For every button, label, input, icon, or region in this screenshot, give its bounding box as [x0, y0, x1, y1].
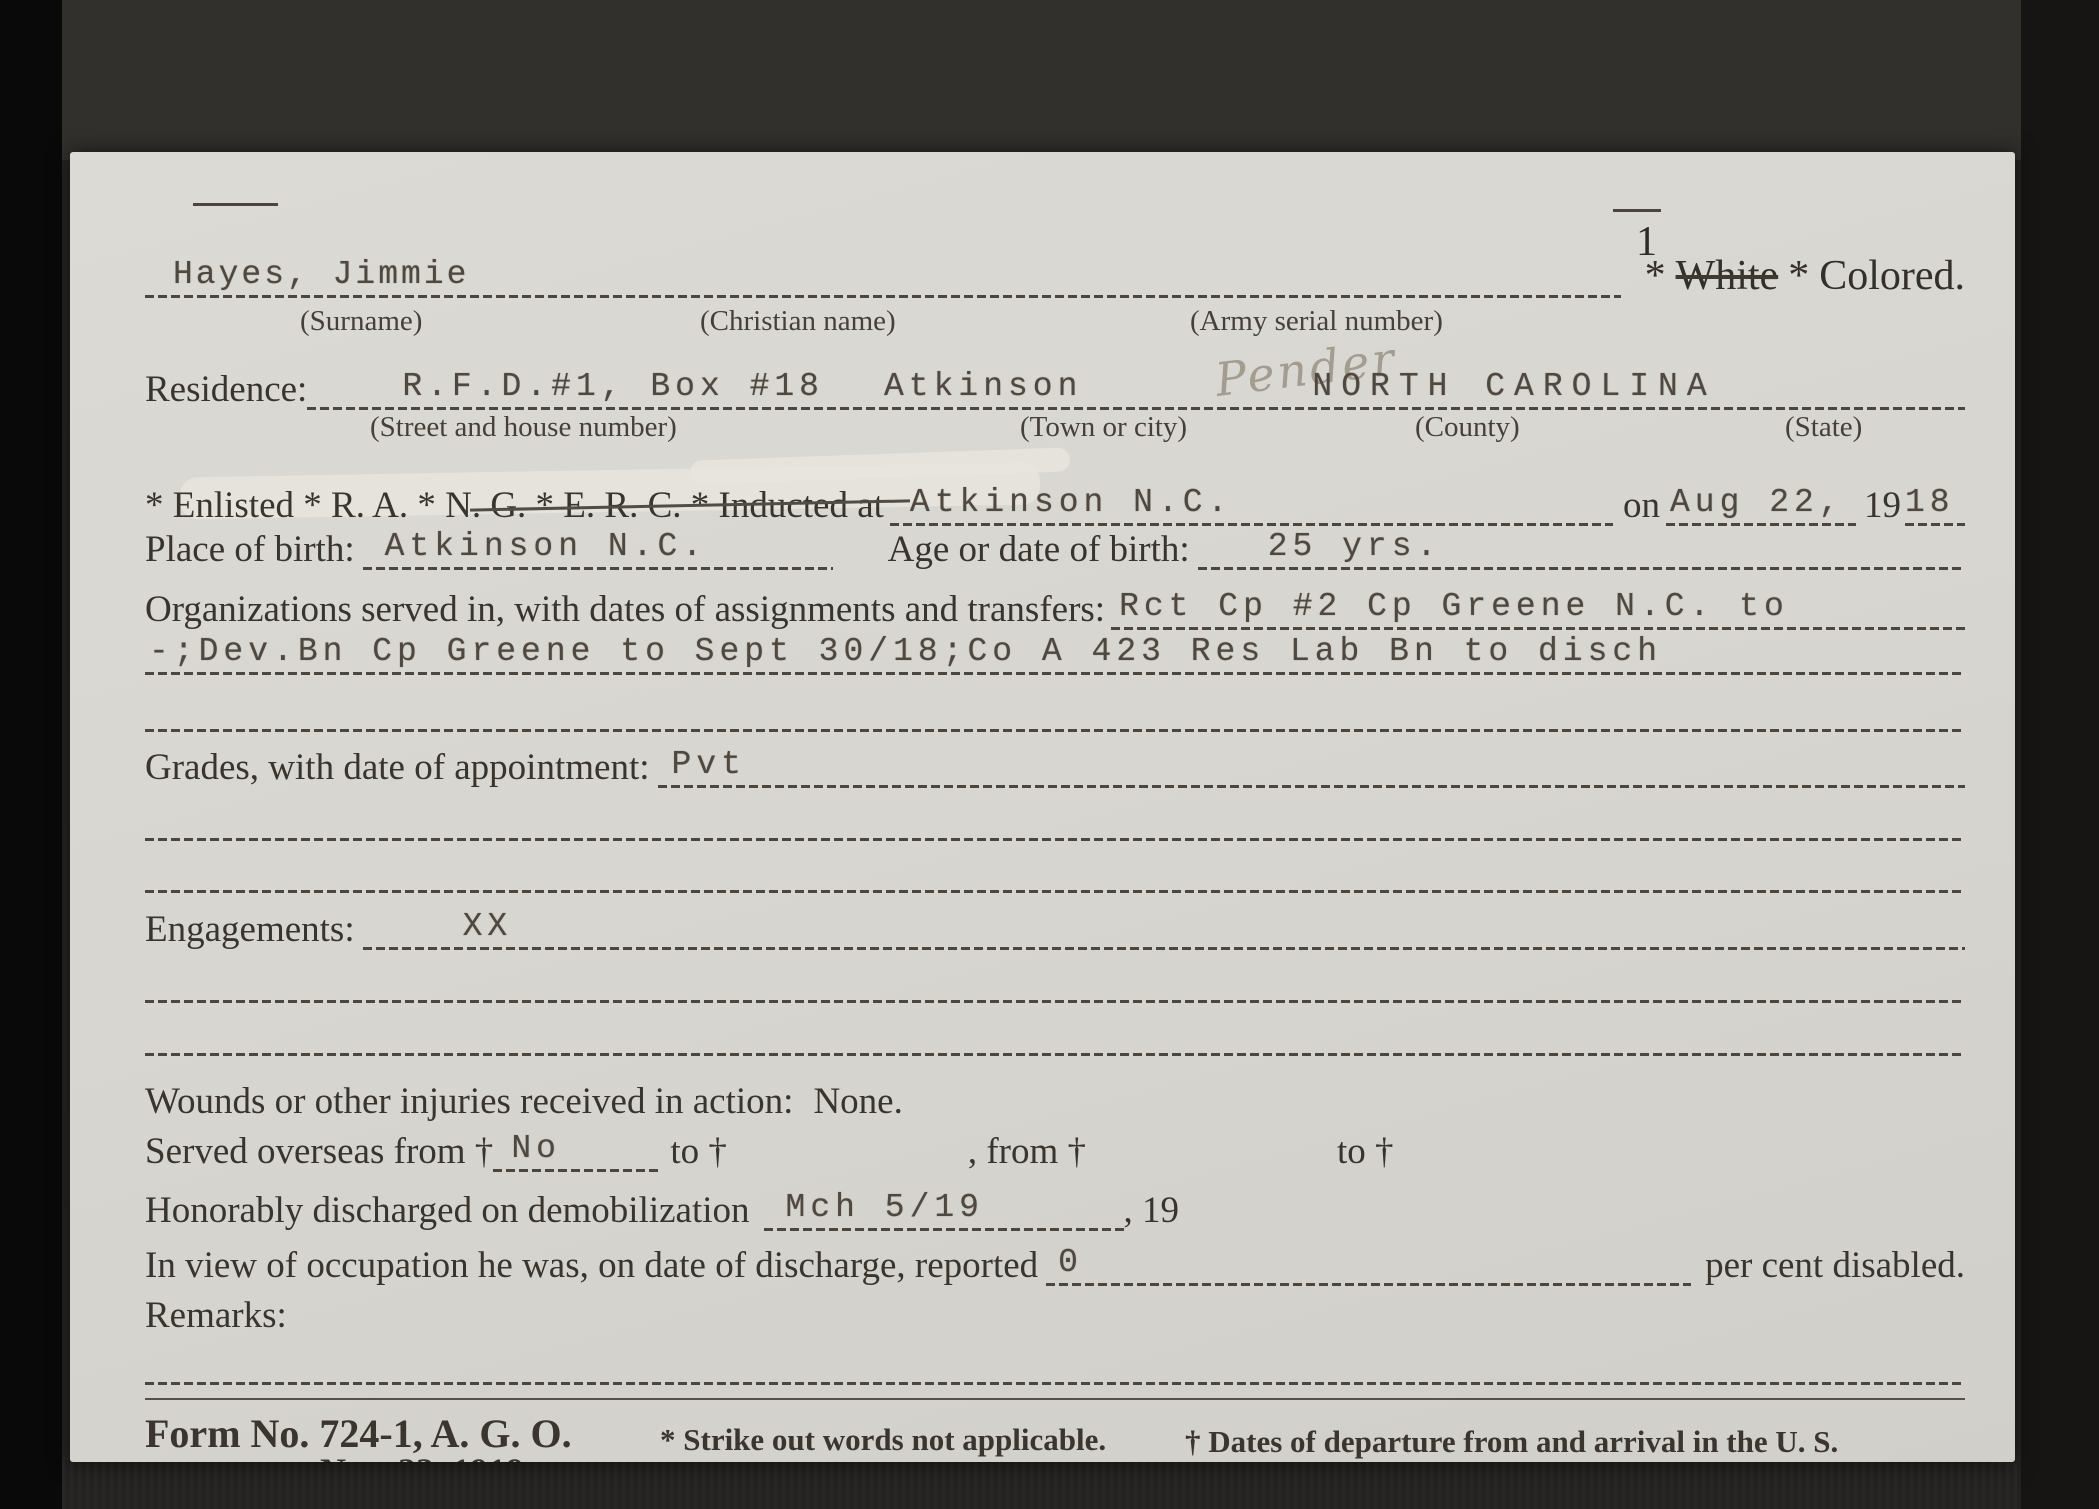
- surname-label: (Surname): [300, 305, 422, 338]
- race-star-2: *: [1788, 253, 1809, 299]
- grades-row: Grades, with date of appointment: Pvt: [145, 750, 1965, 788]
- street-label: (Street and house number): [370, 411, 677, 444]
- overseas-from1-value: No: [511, 1130, 561, 1167]
- wounds-value: None.: [813, 1083, 902, 1122]
- organizations-row-1: Organizations served in, with dates of a…: [145, 590, 1965, 630]
- place-of-birth-value: Atkinson N.C.: [385, 528, 707, 565]
- wounds-row: Wounds or other injuries received in act…: [145, 1084, 1965, 1122]
- residence-street-value: R.F.D.#1, Box #18: [402, 368, 824, 405]
- name-labels-row: (Surname) (Christian name) (Army serial …: [145, 308, 1965, 338]
- engagements-rule: XX: [363, 908, 1965, 950]
- organizations-label: Organizations served in, with dates of a…: [145, 591, 1105, 630]
- year-printed-prefix: 19: [1864, 487, 1901, 526]
- inducted-date-rule: Aug 22,: [1666, 484, 1856, 526]
- blank-rule: [145, 1053, 1965, 1056]
- overseas-row: Served overseas from † No to † , from † …: [145, 1134, 1965, 1172]
- race-colored: Colored.: [1819, 253, 1965, 299]
- inducted-date-value: Aug 22,: [1670, 484, 1844, 521]
- inducted-place-rule: Atkinson N.C.: [890, 484, 1613, 526]
- residence-label: Residence:: [145, 371, 307, 410]
- place-of-birth-label: Place of birth:: [145, 531, 355, 570]
- overseas-from1-rule: No: [493, 1130, 658, 1172]
- army-serial-number-label: (Army serial number): [1190, 305, 1443, 338]
- year-typed-rule: 18: [1905, 484, 1965, 526]
- county-label: (County): [1415, 411, 1520, 444]
- residence-state-value: NORTH CAROLINA: [1312, 368, 1715, 405]
- organizations-row-2: -;Dev.Bn Cp Greene to Sept 30/18;Co A 42…: [145, 635, 1965, 675]
- overseas-from2-label: , from †: [968, 1133, 1086, 1172]
- remarks-label: Remarks:: [145, 1297, 287, 1336]
- age-value: 25 yrs.: [1268, 528, 1442, 565]
- scanned-photo-background: 1 Hayes, Jimmie *White*Colored. (Surname…: [0, 0, 2099, 1509]
- grades-label: Grades, with date of appointment:: [145, 749, 650, 788]
- background-right-strip: [2021, 0, 2099, 1509]
- discharge-value: Mch 5/19: [786, 1189, 984, 1226]
- service-record-card: 1 Hayes, Jimmie *White*Colored. (Surname…: [70, 152, 2015, 1462]
- blank-rule: [145, 1000, 1965, 1003]
- engagements-value: XX: [463, 908, 513, 945]
- top-left-rule: [193, 203, 278, 206]
- enlisted-row: * Enlisted * R. A. * N. G. * E. R. C. * …: [145, 482, 1965, 526]
- disabled-value: 0: [1058, 1244, 1083, 1281]
- town-label: (Town or city): [1020, 411, 1187, 444]
- wounds-label: Wounds or other injuries received in act…: [145, 1083, 793, 1122]
- race-designation: *White*Colored.: [1635, 254, 1965, 298]
- disabled-suffix: per cent disabled.: [1705, 1247, 1965, 1286]
- footnote-dates: † Dates of departure from and arrival in…: [1185, 1424, 1838, 1460]
- discharge-year-label: , 19: [1124, 1192, 1180, 1231]
- discharge-rule: Mch 5/19: [764, 1189, 1124, 1231]
- organizations-line1-value: Rct Cp #2 Cp Greene N.C. to: [1119, 588, 1789, 625]
- top-right-rule: [1613, 209, 1661, 212]
- organizations-line2-value: -;Dev.Bn Cp Greene to Sept 30/18;Co A 42…: [149, 633, 1662, 670]
- engagements-row: Engagements: XX: [145, 912, 1965, 950]
- disabled-label: In view of occupation he was, on date of…: [145, 1247, 1038, 1286]
- race-star-1: *: [1645, 253, 1666, 299]
- residence-town-value: Atkinson: [884, 368, 1082, 405]
- overseas-to2-label: to †: [1337, 1133, 1394, 1172]
- age-label: Age or date of birth:: [888, 531, 1190, 570]
- discharge-label: Honorably discharged on demobilization: [145, 1192, 750, 1231]
- residence-row: Residence: R.F.D.#1, Box #18 Atkinson NO…: [145, 362, 1965, 410]
- overseas-label: Served overseas from †: [145, 1133, 493, 1172]
- age-rule: 25 yrs.: [1198, 528, 1965, 570]
- form-date: Nov. 22, 1919.: [320, 1450, 533, 1462]
- grades-value: Pvt: [672, 746, 746, 783]
- year-typed-value: 18: [1905, 484, 1955, 521]
- overseas-to1-label: to †: [670, 1133, 727, 1172]
- engagements-label: Engagements:: [145, 911, 355, 950]
- footnote-strike-out: * Strike out words not applicable.: [660, 1422, 1106, 1458]
- name-row: Hayes, Jimmie *White*Colored.: [145, 250, 1965, 298]
- enlisted-label: * Enlisted * R. A. * N. G. * E. R. C. * …: [145, 487, 884, 526]
- birth-row: Place of birth: Atkinson N.C. Age or dat…: [145, 530, 1965, 570]
- organizations-rule-1: Rct Cp #2 Cp Greene N.C. to: [1111, 588, 1965, 630]
- organizations-rule-2: -;Dev.Bn Cp Greene to Sept 30/18;Co A 42…: [145, 633, 1965, 675]
- discharge-row: Honorably discharged on demobilization M…: [145, 1192, 1965, 1231]
- background-top-band: [60, 0, 2029, 160]
- blank-rule: [145, 729, 1965, 732]
- name-field-rule: Hayes, Jimmie: [145, 256, 1621, 298]
- grades-rule: Pvt: [658, 746, 1965, 788]
- disabled-rule: 0: [1046, 1244, 1691, 1286]
- blank-rule: [145, 890, 1965, 893]
- footer-rule: [145, 1398, 1965, 1400]
- background-bottom-band: [62, 1459, 2021, 1509]
- blank-rule: [145, 838, 1965, 841]
- residence-labels-row: (Street and house number) (Town or city)…: [145, 414, 1965, 444]
- blank-rule: [145, 1382, 1965, 1385]
- name-value: Hayes, Jimmie: [173, 256, 469, 293]
- state-label: (State): [1785, 411, 1862, 444]
- christian-name-label: (Christian name): [700, 305, 896, 338]
- remarks-row: Remarks:: [145, 1302, 1965, 1336]
- background-left-strip: [0, 0, 62, 1509]
- enlisted-on-label: on: [1623, 487, 1660, 526]
- place-of-birth-rule: Atkinson N.C.: [363, 528, 833, 570]
- inducted-place-value: Atkinson N.C.: [910, 484, 1232, 521]
- disabled-row: In view of occupation he was, on date of…: [145, 1248, 1965, 1286]
- race-white-struck: White: [1676, 253, 1779, 299]
- residence-field-rule: R.F.D.#1, Box #18 Atkinson NORTH CAROLIN…: [307, 368, 1965, 410]
